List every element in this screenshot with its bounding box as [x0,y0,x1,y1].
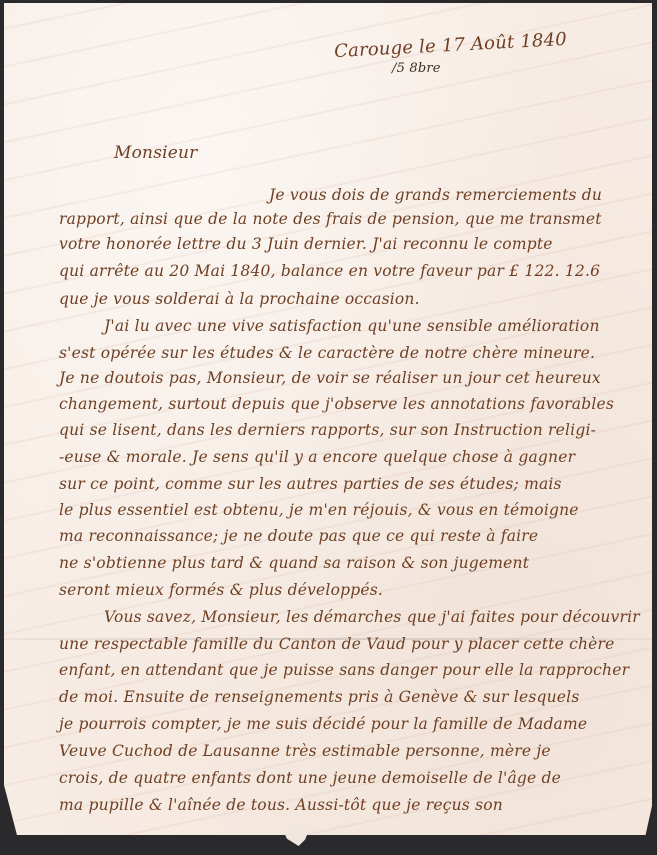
paper-torn-tab [283,830,309,846]
letter-paper: Carouge le 17 Août 1840 /5 8bre Monsieur… [4,3,652,835]
letter-line: sur ce point, comme sur les autres parti… [59,475,562,493]
letter-line: de moi. Ensuite de renseignements pris à… [59,688,579,706]
letter-line: Je vous dois de grands remerciements du [269,186,602,204]
letter-line: je pourrois compter, je me suis décidé p… [59,715,587,733]
letter-line: Vous savez, Monsieur, les démarches que … [104,608,640,626]
letter-line: seront mieux formés & plus développés. [59,581,383,599]
letter-line: changement, surtout depuis que j'observe… [59,395,614,413]
letter-line: ma reconnaissance; je ne doute pas que c… [59,527,538,545]
letter-line: Veuve Cuchod de Lausanne très estimable … [59,742,551,760]
letter-place-date: Carouge le 17 Août 1840 [334,29,568,62]
letter-line: une respectable famille du Canton de Vau… [59,635,615,653]
letter-line: rapport, ainsi que de la note des frais … [59,210,602,228]
letter-salutation: Monsieur [114,143,198,163]
letter-line: que je vous solderai à la prochaine occa… [59,290,420,308]
letter-annotation: /5 8bre [392,61,441,76]
letter-line: votre honorée lettre du 3 Juin dernier. … [59,235,553,253]
letter-line: J'ai lu avec une vive satisfaction qu'un… [104,317,600,335]
bleed-through-texture [4,3,652,835]
letter-line: s'est opérée sur les études & le caractè… [59,344,595,362]
letter-line: qui se lisent, dans les derniers rapport… [59,421,596,439]
letter-line: crois, de quatre enfants dont une jeune … [59,769,561,787]
letter-line: ne s'obtienne plus tard & quand sa raiso… [59,554,529,572]
letter-line: -euse & morale. Je sens qu'il y a encore… [59,448,575,466]
letter-line: le plus essentiel est obtenu, je m'en ré… [59,501,579,519]
letter-line: Je ne doutois pas, Monsieur, de voir se … [59,369,601,387]
letter-line: ma pupille & l'aînée de tous. Aussi-tôt … [59,796,503,814]
letter-line: qui arrête au 20 Mai 1840, balance en vo… [59,262,600,280]
letter-line: enfant, en attendant que je puisse sans … [59,661,629,679]
